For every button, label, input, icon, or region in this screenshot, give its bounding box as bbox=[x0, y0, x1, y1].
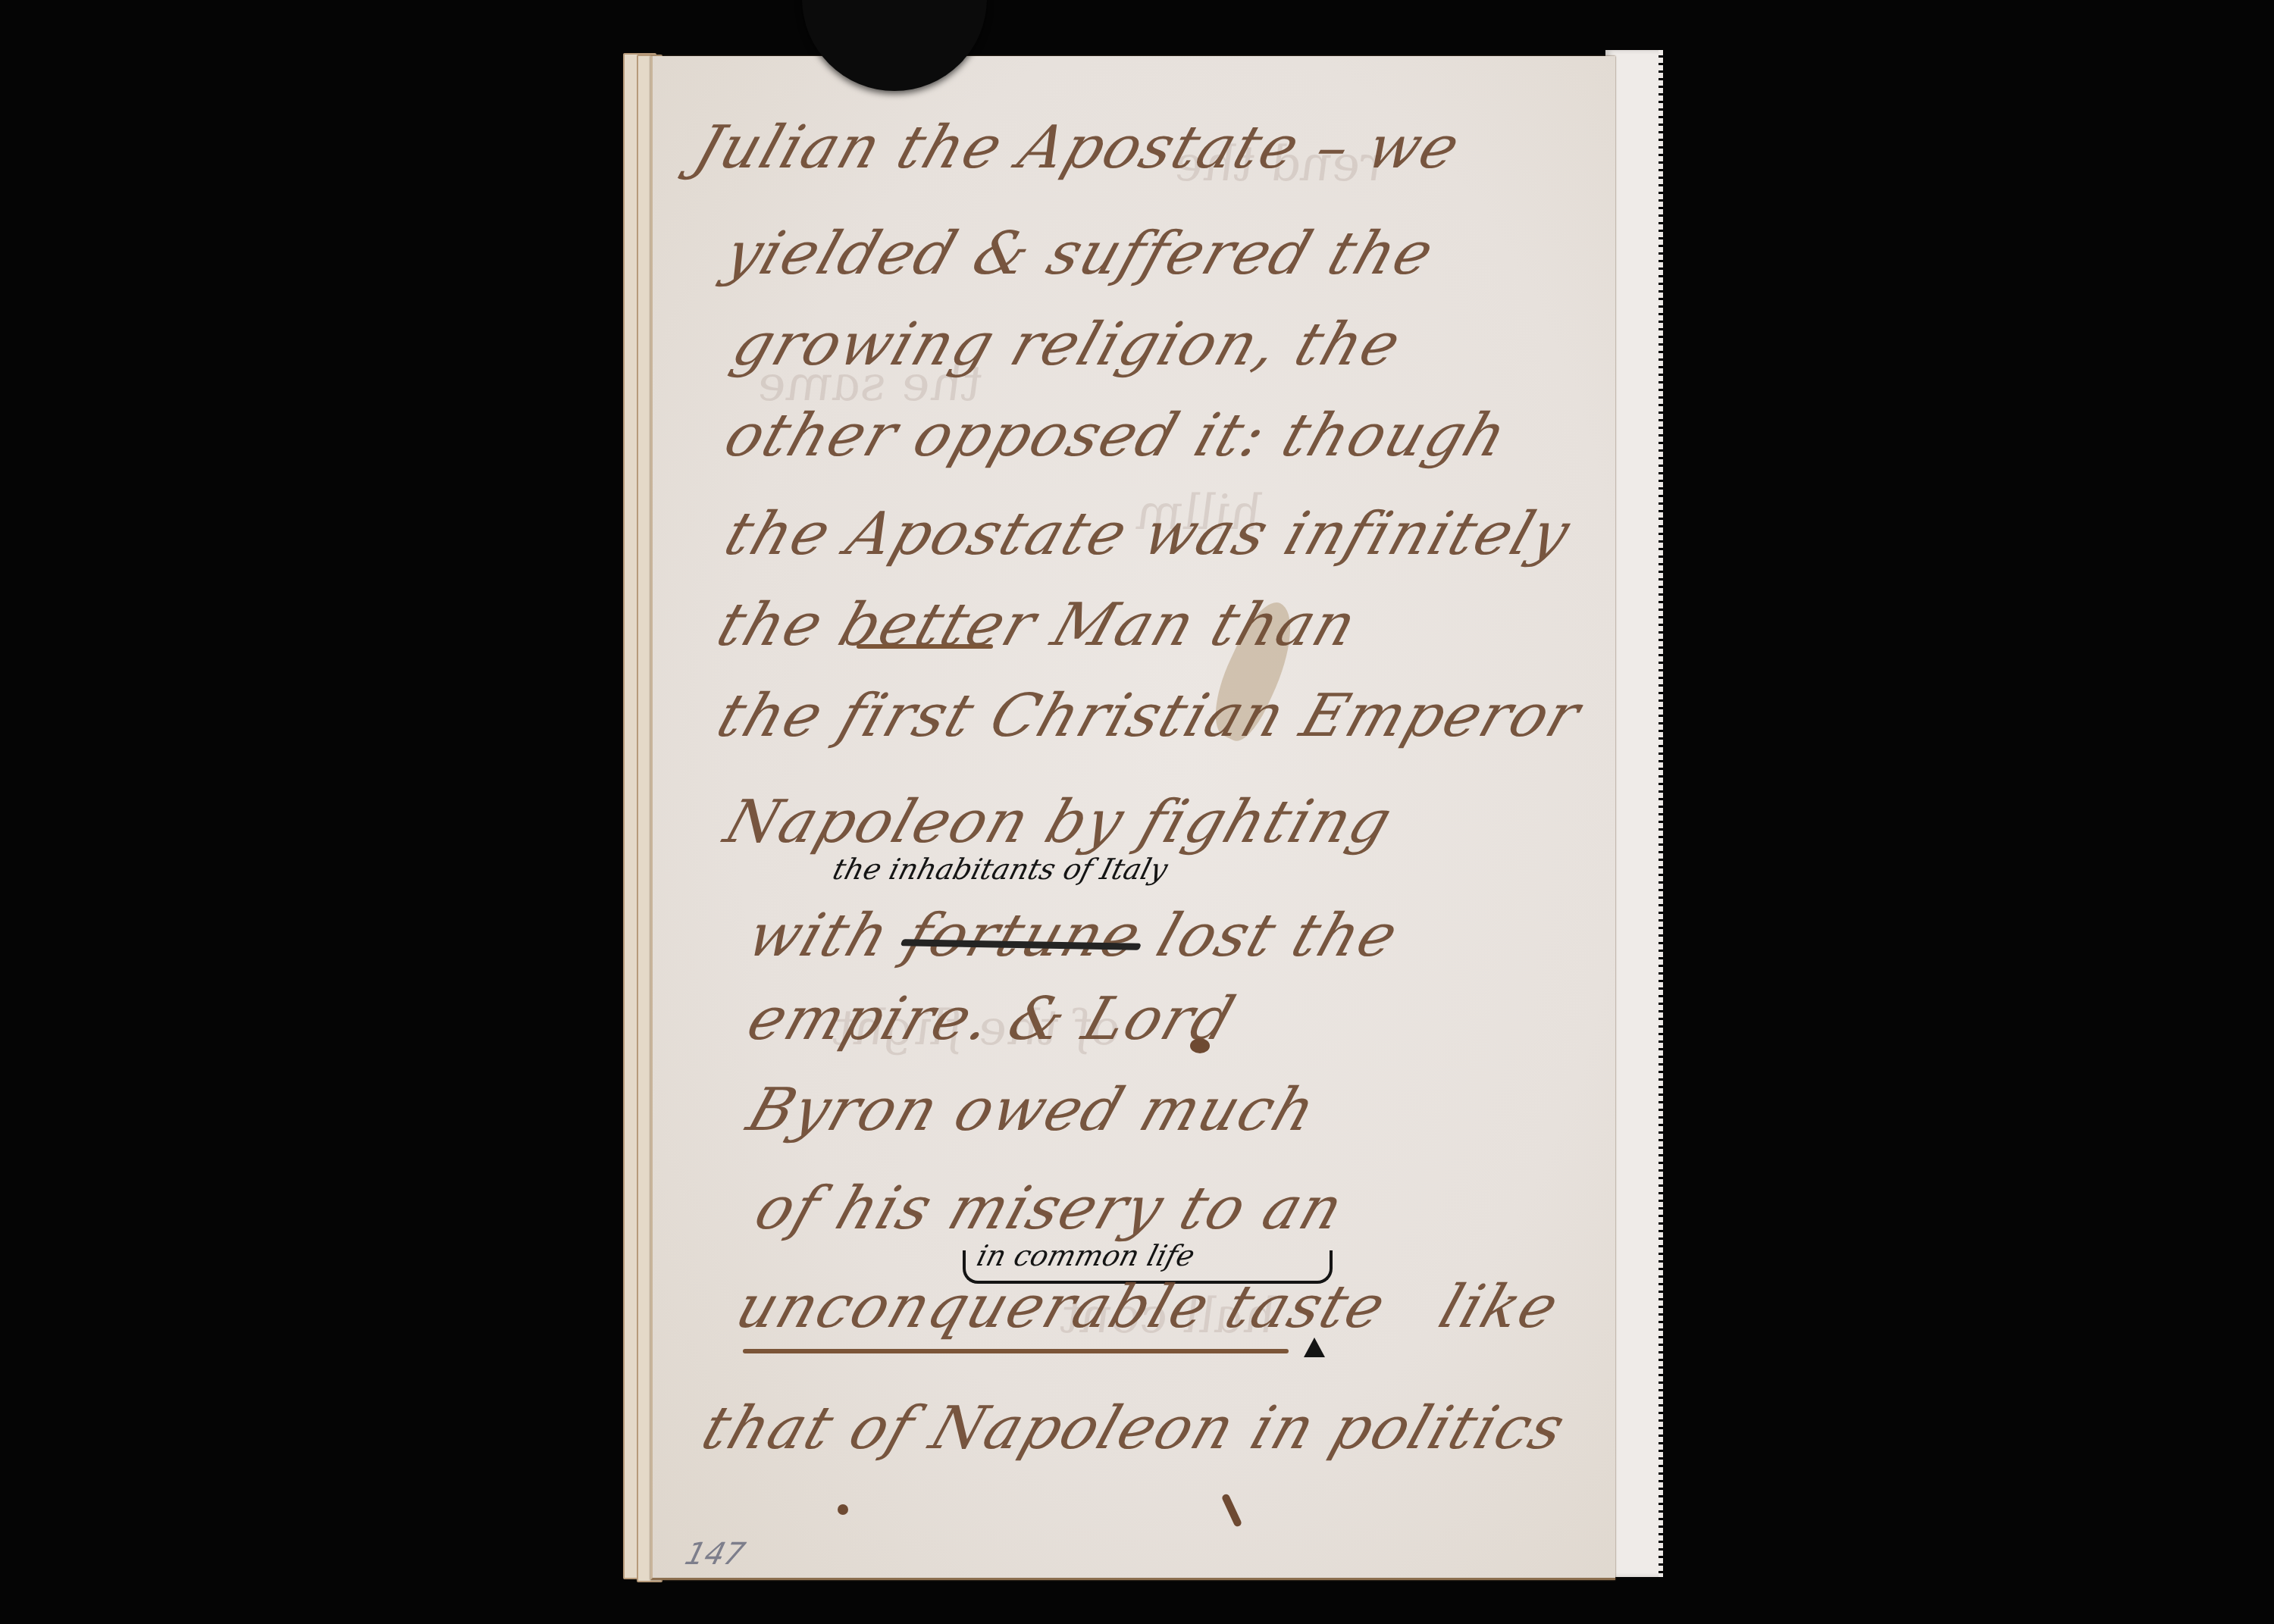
insertion-inhabitants: the inhabitants of Italy bbox=[829, 853, 1171, 886]
folio-number: 147 bbox=[681, 1537, 749, 1572]
text-line-2: yielded & suffered the bbox=[716, 220, 1442, 288]
text-line-13: unconquerable taste like bbox=[728, 1273, 1568, 1341]
ink-spot bbox=[838, 1504, 848, 1515]
text-line-10: empire. & Lord bbox=[739, 985, 1243, 1053]
text-line-8: Napoleon by fighting bbox=[716, 788, 1401, 856]
line-13-end: like bbox=[1431, 1273, 1568, 1341]
line-9-end: lost the bbox=[1148, 902, 1407, 970]
text-line-5: the Apostate was infinitely bbox=[716, 500, 1579, 568]
text-line-14: that of Napoleon in politics bbox=[694, 1394, 1574, 1463]
text-line-3: growing religion, the bbox=[724, 311, 1410, 379]
ink-blot bbox=[1190, 1038, 1210, 1053]
text-line-7: the first Christian Emperor bbox=[709, 682, 1590, 750]
text-line-1: Julian the Apostate – we bbox=[686, 114, 1469, 182]
line-13-main: unconquerable taste bbox=[728, 1273, 1395, 1341]
text-line-12: of his misery to an bbox=[747, 1175, 1352, 1243]
text-line-9: with fortune lost the bbox=[739, 902, 1407, 970]
line-9-start: with bbox=[739, 902, 899, 970]
struck-word: fortune bbox=[897, 902, 1150, 970]
text-line-4: other opposed it: though bbox=[716, 402, 1516, 470]
underline-long bbox=[743, 1349, 1289, 1353]
underline-better bbox=[857, 644, 993, 649]
insertion-caret bbox=[1304, 1338, 1325, 1357]
text-line-6: the better Man than bbox=[709, 591, 1366, 659]
text-line-11: Byron owed much bbox=[739, 1076, 1325, 1144]
